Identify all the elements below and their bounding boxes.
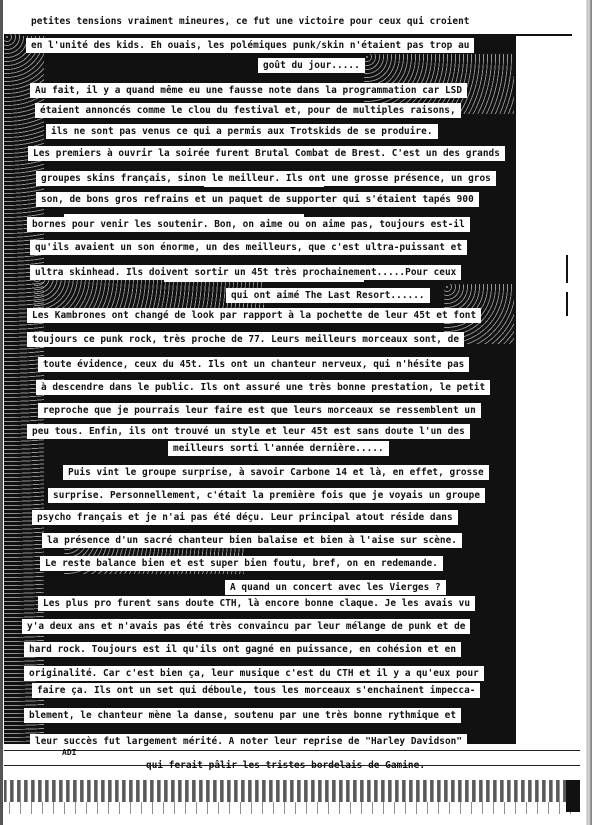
text-line: qui ont aimé The Last Resort......	[226, 288, 430, 303]
text-line: A quand un concert avec les Vierges ?	[225, 580, 446, 595]
bottom-noise	[4, 802, 576, 814]
text-line: Puis vint le groupe surprise, à savoir C…	[63, 465, 489, 480]
text-line: qu'ils avaient un son énorme, un des mei…	[30, 240, 467, 255]
text-line: goût du jour.....	[258, 58, 365, 73]
top-rule	[20, 34, 572, 36]
margin-tick	[566, 255, 568, 283]
text-line: Au fait, il y a quand même eu une fausse…	[30, 83, 467, 98]
text-line: la présence d'un sacré chanteur bien bal…	[42, 533, 462, 548]
text-line: étaient annoncés comme le clou du festiv…	[35, 103, 461, 118]
text-line: Les premiers à ouvrir la soirée furent B…	[28, 146, 505, 161]
text-line: bornes pour venir les soutenir. Bon, on …	[27, 217, 470, 232]
text-line: leur succès fut largement mérité. A note…	[30, 734, 467, 749]
text-line: ultra skinhead. Ils doivent sortir un 45…	[30, 265, 461, 280]
text-line: meilleurs sorti l'année dernière.....	[168, 441, 389, 456]
text-line: groupes skins français, sinon le meilleu…	[36, 171, 496, 186]
text-line: hard rock. Toujours est il qu'ils ont ga…	[24, 642, 461, 657]
text-line: son, de bons gros refrains et un paquet …	[36, 192, 479, 207]
text-line: toujours ce punk rock, très proche de 77…	[27, 332, 464, 347]
text-line: y'a deux ans et n'avais pas été très con…	[22, 619, 470, 634]
corner-block	[566, 780, 580, 812]
text-line: Le reste balance bien et est super bien …	[40, 556, 443, 571]
text-line: psycho français et je n'ai pas été déçu.…	[32, 510, 458, 525]
text-line: peu tous. Enfin, ils ont trouvé un style…	[27, 424, 470, 439]
text-line: ils ne sont pas venus ce qui a permis au…	[46, 124, 438, 139]
text-line: faire ça. Ils ont un set qui déboule, to…	[32, 683, 480, 698]
text-line: originalité. Car c'est bien ça, leur mus…	[24, 666, 484, 681]
fanzine-page: petites tensions vraiment mineures, ce f…	[0, 0, 592, 825]
scan-right-edge	[582, 0, 592, 825]
text-line: surprise. Personnellement, c'était la pr…	[48, 488, 485, 503]
text-line: blement, le chanteur mène la danse, sout…	[24, 708, 461, 723]
text-line: Les Kambrones ont changé de look par rap…	[27, 308, 481, 323]
margin-tick	[566, 292, 568, 316]
text-line: Les plus pro furent sans doute CTH, là e…	[38, 596, 475, 611]
text-line: qui ferait pâlir les tristes bordelais d…	[141, 758, 430, 773]
text-line: en l'unité des kids. Eh ouais, les polém…	[26, 38, 474, 53]
margin-mark: ADI	[62, 748, 76, 757]
bottom-noise	[4, 780, 576, 802]
text-line: petites tensions vraiment mineures, ce f…	[26, 14, 474, 29]
scan-left-edge	[0, 0, 3, 825]
text-line: reproche que je pourrais leur faire est …	[38, 403, 481, 418]
text-line: toute évidence, ceux du 45t. Ils ont un …	[38, 357, 469, 372]
text-line: à descendre dans le public. Ils ont assu…	[36, 380, 490, 395]
